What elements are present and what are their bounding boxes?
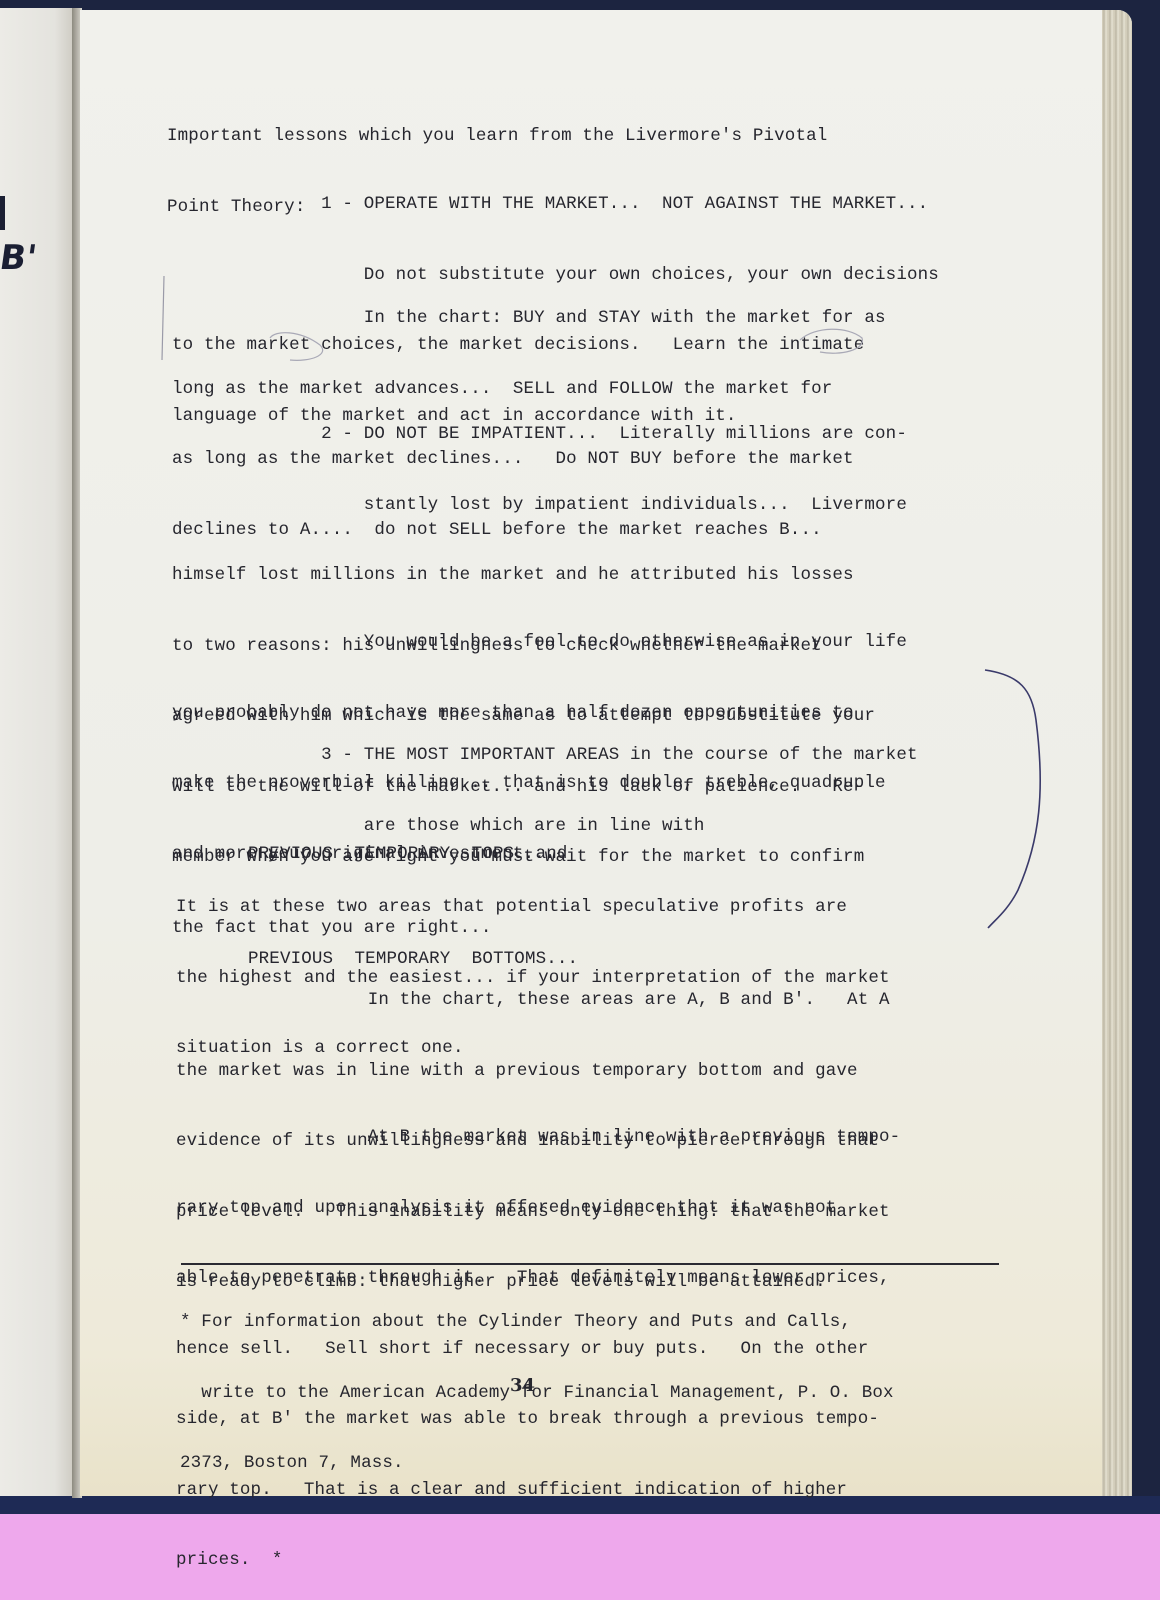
pen-annotations [0, 0, 1160, 1600]
margin-pencil-line [162, 276, 164, 360]
pencil-circle-b [800, 329, 862, 353]
pencil-circle-a [270, 333, 323, 361]
pen-margin-bracket [985, 670, 1040, 928]
